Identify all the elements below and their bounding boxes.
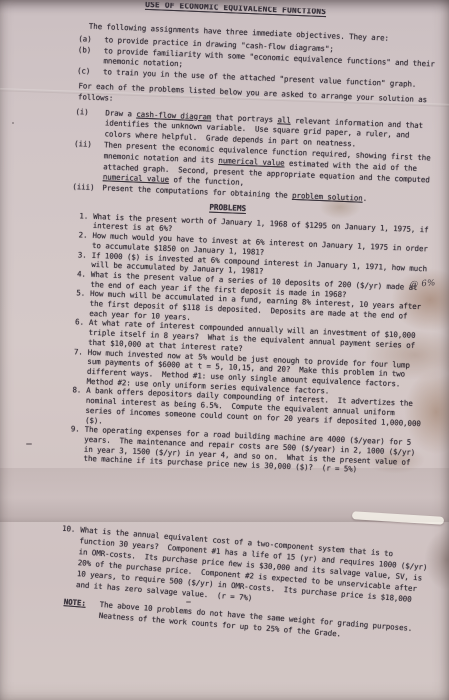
problem-number: 4.	[68, 269, 86, 289]
problem-number: 2.	[70, 230, 88, 250]
problem-number: 1.	[71, 211, 89, 231]
objective-label: (c)	[77, 66, 103, 78]
step-label: (i)	[74, 107, 105, 141]
problem-number: 8.	[63, 385, 82, 424]
problems-list: 1. What is the present worth of January …	[61, 211, 429, 477]
problem-number: 10.	[53, 522, 76, 589]
problem-number: 9.	[61, 424, 80, 463]
page-top-section: USE OF ECONOMIC EQUIVALENCE FUNCTIONS Th…	[0, 0, 449, 478]
problem-number: 6.	[66, 317, 84, 347]
note-label: NOTE:	[63, 596, 101, 621]
paper-speck	[230, 560, 232, 562]
paper-speck	[186, 601, 191, 603]
step-label: (iii)	[72, 182, 102, 194]
handwritten-annotation: @ 6%	[409, 279, 436, 291]
objective-label: (b)	[77, 45, 104, 68]
problem-number: 5.	[67, 288, 85, 318]
problem-number: 3.	[69, 250, 87, 270]
solution-steps-list: (i) Draw a cash-flow diagram that portra…	[72, 107, 433, 208]
paper-speck	[12, 122, 14, 124]
paper-speck	[26, 443, 32, 445]
step-label: (ii)	[73, 139, 105, 183]
problem-number: 7.	[64, 347, 83, 386]
